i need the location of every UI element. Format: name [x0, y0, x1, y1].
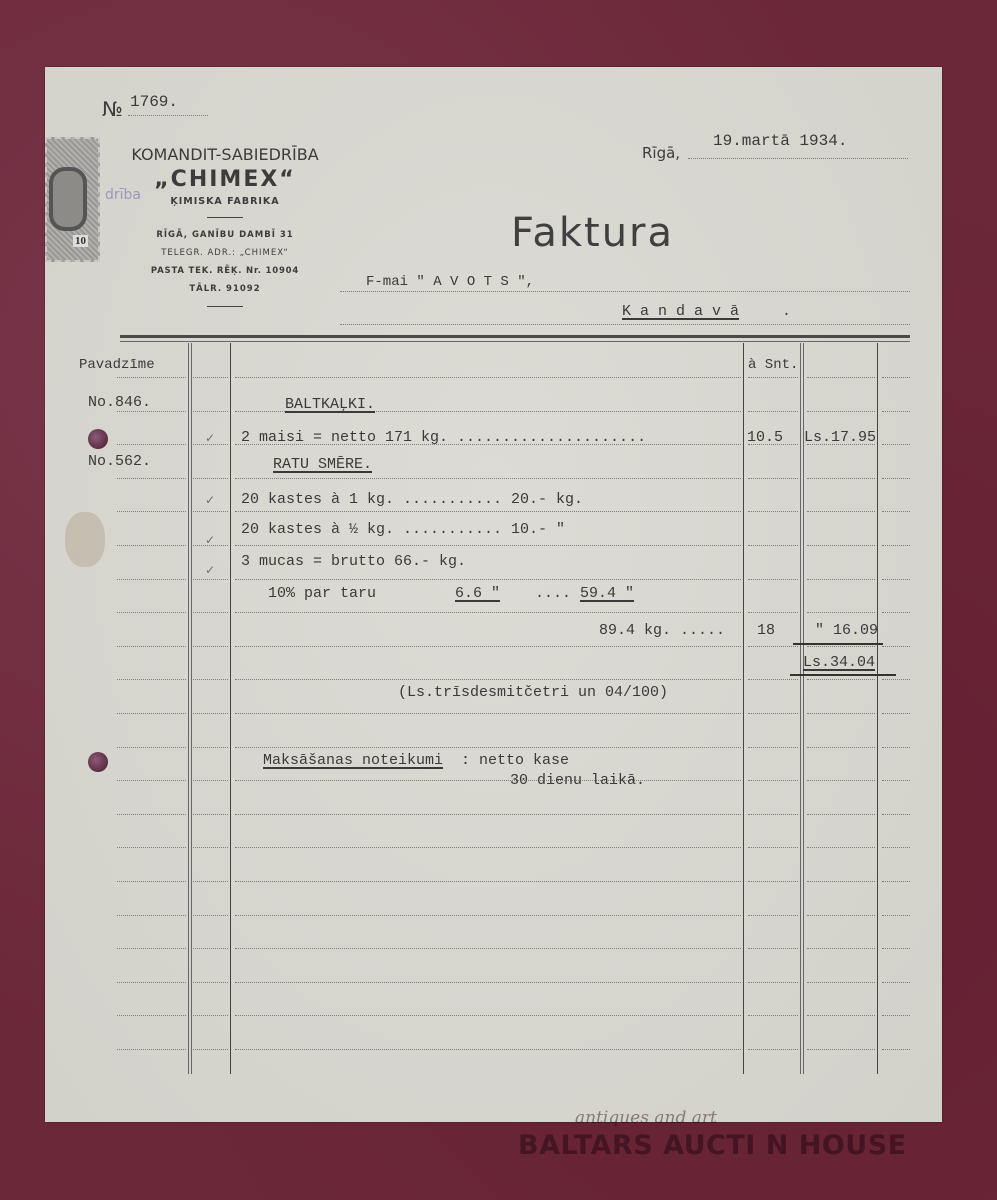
row-dotted-line [235, 814, 741, 815]
row-dotted-line [807, 881, 875, 882]
row-dotted-line [193, 612, 228, 613]
tare-net: 59.4 " [580, 585, 634, 602]
line-item-text: 20 kastes à ½ kg. ........... 10.- " [241, 521, 565, 538]
row-dotted-line [748, 915, 798, 916]
row-dotted-line [117, 377, 186, 378]
company-subtitle: ĶIMISKA FABRIKA [100, 196, 350, 207]
recipient-name: F-mai " A V O T S ", [366, 274, 534, 290]
row-dotted-line [807, 814, 875, 815]
row-dotted-line [117, 444, 186, 445]
row-dotted-line [882, 646, 910, 647]
number-dotted-line [128, 115, 208, 116]
row-dotted-line [882, 747, 910, 748]
row-dotted-line [193, 377, 228, 378]
letterhead-divider-bottom [207, 306, 243, 307]
row-dotted-line [193, 948, 228, 949]
col-line-3 [743, 343, 744, 1074]
document-title: Faktura [511, 210, 674, 256]
row-dotted-line [807, 377, 875, 378]
city-dotted-line [340, 324, 910, 325]
row-dotted-line [882, 881, 910, 882]
row-dotted-line [235, 915, 741, 916]
check-mark: ✓ [205, 563, 215, 577]
punch-hole-bottom [88, 752, 108, 772]
row-dotted-line [882, 948, 910, 949]
row-dotted-line [882, 612, 910, 613]
row-dotted-line [882, 780, 910, 781]
check-mark: ✓ [205, 431, 215, 445]
row-dotted-line [748, 646, 798, 647]
stain [65, 512, 105, 567]
letterhead-divider [207, 217, 243, 218]
row-dotted-line [117, 511, 186, 512]
stamp-value: 10 [73, 235, 88, 247]
punch-hole-top [88, 429, 108, 449]
row-dotted-line [748, 1049, 798, 1050]
row-dotted-line [882, 411, 910, 412]
row-dotted-line [117, 915, 186, 916]
row-dotted-line [193, 780, 228, 781]
revenue-stamp: 10 [45, 137, 100, 262]
invoice-total: Ls.34.04 [803, 654, 875, 671]
row-dotted-line [807, 612, 875, 613]
row-dotted-line [235, 881, 741, 882]
recipient-city: K a n d a v ā [622, 303, 739, 320]
row-dotted-line [807, 948, 875, 949]
row-dotted-line [117, 881, 186, 882]
payment-terms-line2: 30 dienu laikā. [510, 772, 645, 789]
row-dotted-line [117, 579, 186, 580]
row-dotted-line [807, 1049, 875, 1050]
row-dotted-line [748, 948, 798, 949]
row-dotted-line [748, 612, 798, 613]
check-mark: ✓ [205, 493, 215, 507]
row-dotted-line [882, 679, 910, 680]
check-mark: ✓ [205, 533, 215, 547]
row-dotted-line [193, 915, 228, 916]
company-name: „CHIMEX“ [100, 167, 350, 192]
row-dotted-line [193, 1049, 228, 1050]
row-dotted-line [807, 915, 875, 916]
row-dotted-line [748, 511, 798, 512]
recipient-city-suffix: . [782, 303, 791, 320]
row-dotted-line [117, 713, 186, 714]
line-item-price: 18 [757, 622, 775, 639]
row-dotted-line [882, 478, 910, 479]
waybill-562: No.562. [88, 453, 151, 470]
line-item-price: 10.5 [747, 429, 783, 446]
row-dotted-line [882, 1049, 910, 1050]
row-dotted-line [807, 1015, 875, 1016]
row-dotted-line [117, 679, 186, 680]
row-dotted-line [117, 612, 186, 613]
col-line-1a [188, 343, 189, 1074]
watermark-brand: BALTARS AUCTI N HOUSE [518, 1130, 907, 1161]
row-dotted-line [748, 579, 798, 580]
row-dotted-line [235, 948, 741, 949]
total-rule [790, 674, 896, 676]
row-dotted-line [193, 1015, 228, 1016]
row-dotted-line [193, 747, 228, 748]
row-dotted-line [193, 982, 228, 983]
row-dotted-line [748, 814, 798, 815]
row-dotted-line [193, 411, 228, 412]
payment-terms-line1: : netto kase [461, 752, 569, 769]
row-dotted-line [748, 780, 798, 781]
subtotal-rule [793, 643, 883, 645]
payment-terms-label: Maksāšanas noteikumi [263, 752, 443, 769]
row-dotted-line [882, 579, 910, 580]
item-group-ratu-smere: RATU SMĒRE. [273, 456, 372, 473]
row-dotted-line [193, 847, 228, 848]
row-dotted-line [807, 747, 875, 748]
row-dotted-line [235, 780, 741, 781]
company-type: KOMANDIT-SABIEDRĪBA [100, 145, 350, 164]
row-dotted-line [235, 747, 741, 748]
row-dotted-line [117, 1049, 186, 1050]
row-dotted-line [807, 982, 875, 983]
waybill-846: No.846. [88, 394, 151, 411]
row-dotted-line [807, 411, 875, 412]
company-address: RĪGĀ, GANĪBU DAMBĪ 31 [100, 226, 350, 244]
number-label: № [102, 97, 123, 121]
row-dotted-line [882, 545, 910, 546]
row-dotted-line [235, 847, 741, 848]
item-group-baltkalki: BALTKAĻKI. [285, 396, 375, 413]
table-top-rule-thin [120, 341, 910, 342]
row-dotted-line [235, 713, 741, 714]
invoice-date: 19.martā 1934. [713, 132, 847, 150]
row-dotted-line [117, 814, 186, 815]
tare-dots: .... [535, 585, 571, 602]
row-dotted-line [882, 1015, 910, 1016]
row-dotted-line [117, 780, 186, 781]
company-phone: TĀLR. 91092 [100, 280, 350, 298]
row-dotted-line [807, 646, 875, 647]
row-dotted-line [807, 679, 875, 680]
row-dotted-line [193, 713, 228, 714]
row-dotted-line [882, 377, 910, 378]
line-item-text: 3 mucas = brutto 66.- kg. [241, 553, 466, 570]
row-dotted-line [748, 1015, 798, 1016]
row-dotted-line [235, 612, 741, 613]
row-dotted-line [748, 478, 798, 479]
row-dotted-line [193, 814, 228, 815]
watermark-tagline: antiques and art [575, 1108, 717, 1128]
row-dotted-line [807, 780, 875, 781]
row-dotted-line [193, 478, 228, 479]
row-dotted-line [748, 847, 798, 848]
company-telegraph: TELEGR. ADR.: „CHIMEX“ [100, 244, 350, 262]
row-dotted-line [882, 814, 910, 815]
row-dotted-line [807, 511, 875, 512]
row-dotted-line [748, 881, 798, 882]
row-dotted-line [235, 478, 741, 479]
row-dotted-line [193, 511, 228, 512]
row-dotted-line [807, 847, 875, 848]
row-dotted-line [235, 679, 741, 680]
header-price: à Snt. [748, 357, 798, 373]
row-dotted-line [748, 411, 798, 412]
row-dotted-line [882, 982, 910, 983]
col-line-2 [230, 343, 231, 1074]
tare-value: 6.6 " [455, 585, 500, 602]
document-number: 1769. [130, 93, 178, 111]
row-dotted-line [117, 478, 186, 479]
tare-label: 10% par taru [241, 585, 394, 602]
stamp-numeral [49, 167, 87, 231]
row-dotted-line [117, 847, 186, 848]
line-item-amount: Ls.17.95 [804, 429, 876, 446]
row-dotted-line [748, 545, 798, 546]
row-dotted-line [117, 1015, 186, 1016]
row-dotted-line [807, 478, 875, 479]
col-line-1b [191, 343, 192, 1074]
col-line-5 [877, 343, 878, 1074]
line-item-text: 89.4 kg. ..... [599, 622, 725, 639]
row-dotted-line [807, 545, 875, 546]
company-postal-account: PASTA TEK. RĒĶ. Nr. 10904 [100, 262, 350, 280]
row-dotted-line [807, 579, 875, 580]
invoice-paper: № 1769. 10 drība KOMANDIT-SABIEDRĪBA „CH… [45, 67, 942, 1122]
row-dotted-line [193, 579, 228, 580]
letterhead: KOMANDIT-SABIEDRĪBA „CHIMEX“ ĶIMISKA FAB… [100, 145, 350, 307]
row-dotted-line [882, 713, 910, 714]
row-dotted-line [882, 847, 910, 848]
row-dotted-line [807, 713, 875, 714]
place-label: Rīgā, [642, 144, 680, 162]
row-dotted-line [117, 982, 186, 983]
row-dotted-line [882, 444, 910, 445]
table-top-rule [120, 335, 910, 338]
amount-in-words: (Ls.trīsdesmitčetri un 04/100) [398, 684, 668, 701]
row-dotted-line [117, 948, 186, 949]
row-dotted-line [235, 1049, 741, 1050]
recipient-dotted-line [340, 291, 910, 292]
line-item-text: 20 kastes à 1 kg. ........... 20.- kg. [241, 491, 583, 508]
row-dotted-line [748, 982, 798, 983]
row-dotted-line [117, 646, 186, 647]
row-dotted-line [235, 1015, 741, 1016]
row-dotted-line [748, 679, 798, 680]
row-dotted-line [235, 377, 741, 378]
row-dotted-line [235, 982, 741, 983]
row-dotted-line [235, 511, 741, 512]
row-dotted-line [235, 579, 741, 580]
row-dotted-line [117, 747, 186, 748]
row-dotted-line [882, 511, 910, 512]
col-line-4b [803, 343, 804, 1074]
row-dotted-line [235, 545, 741, 546]
row-dotted-line [882, 915, 910, 916]
row-dotted-line [748, 747, 798, 748]
line-item-text: 2 maisi = netto 171 kg. ................… [241, 429, 646, 446]
row-dotted-line [193, 646, 228, 647]
date-dotted-line [688, 158, 908, 159]
header-waybill: Pavadzīme [79, 357, 155, 373]
row-dotted-line [193, 679, 228, 680]
row-dotted-line [193, 881, 228, 882]
col-line-4a [800, 343, 801, 1074]
line-item-amount: " 16.09 [815, 622, 878, 639]
row-dotted-line [748, 377, 798, 378]
row-dotted-line [117, 545, 186, 546]
row-dotted-line [235, 646, 741, 647]
row-dotted-line [748, 713, 798, 714]
